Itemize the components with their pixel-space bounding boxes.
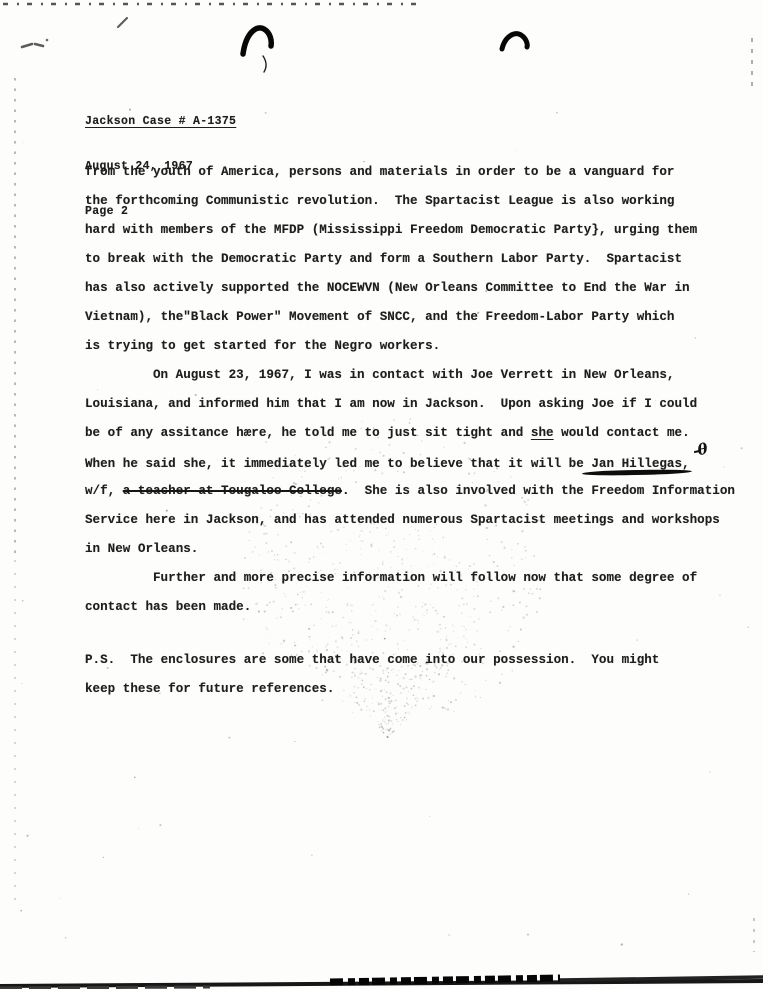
- text-line: be of any assitance hære, he told me to …: [85, 419, 757, 448]
- scan-speck: [429, 708, 430, 709]
- scan-speck: [388, 729, 389, 730]
- bottom-scan-edge: [0, 981, 763, 986]
- scan-speck: [383, 719, 384, 720]
- scan-speck: [366, 710, 367, 711]
- scan-speck: [429, 816, 430, 817]
- pen-tick: [118, 18, 127, 27]
- scan-speck: [381, 709, 382, 710]
- bottom-scan-edge-right: [560, 977, 763, 980]
- scanned-document-page: Jackson Case # A-1375 August 24, 1967 Pa…: [0, 0, 763, 989]
- scan-speck: [382, 728, 384, 730]
- scan-speck: [381, 726, 383, 728]
- scan-speck: [138, 828, 139, 829]
- scan-speck: [378, 724, 379, 725]
- scan-speck: [388, 719, 390, 721]
- scan-speck: [442, 706, 444, 708]
- scan-speck: [383, 728, 384, 729]
- scan-speck: [386, 735, 387, 736]
- scan-speck: [404, 705, 406, 707]
- scan-speck: [710, 772, 711, 773]
- scan-speck: [381, 726, 383, 728]
- scan-speck: [366, 706, 367, 707]
- text-line: On August 23, 1967, I was in contact wit…: [85, 361, 757, 390]
- scan-speck: [406, 719, 407, 720]
- text-segment: would contact me.: [554, 426, 690, 440]
- text-line: in New Orleans.: [85, 535, 757, 564]
- scan-speck: [527, 934, 529, 936]
- scan-speck: [380, 723, 382, 725]
- scan-speck: [389, 730, 391, 732]
- corner-smudge: [22, 44, 43, 47]
- scan-speck: [389, 705, 390, 706]
- bottom-cutoff-text-blur: [330, 978, 560, 982]
- document-body: from the youth of America, persons and m…: [85, 158, 757, 704]
- scan-speck: [387, 736, 389, 738]
- scan-speck: [395, 713, 397, 715]
- scan-speck: [360, 709, 362, 711]
- scan-speck: [384, 721, 386, 723]
- text-line: to break with the Democratic Party and f…: [85, 245, 757, 274]
- scan-speck: [385, 708, 387, 710]
- scan-speck: [392, 723, 393, 724]
- scan-speck: [387, 736, 389, 738]
- scan-speck: [384, 717, 385, 718]
- scan-speck: [390, 720, 392, 722]
- scan-speck: [409, 713, 410, 714]
- scan-speck: [159, 824, 161, 826]
- text-line: Further and more precise information wil…: [85, 564, 757, 593]
- scan-speck: [398, 712, 399, 713]
- scan-speck: [352, 712, 353, 713]
- text-line: has also actively supported the NOCEWVN …: [85, 274, 757, 303]
- scan-speck: [444, 707, 445, 708]
- text-segment: When he said she, it immediately led me …: [85, 457, 591, 471]
- scan-speck: [103, 857, 104, 858]
- scan-speck: [385, 729, 387, 731]
- scan-speck: [387, 710, 388, 711]
- underlined-word-she: she: [531, 426, 554, 440]
- scan-speck: [390, 728, 392, 730]
- scan-speck: [20, 910, 22, 912]
- scan-speck: [60, 898, 61, 899]
- scan-speck: [228, 737, 230, 739]
- scan-speck: [621, 943, 623, 945]
- scan-speck: [404, 717, 405, 718]
- staple-tail: [263, 56, 266, 72]
- text-line: Louisiana, and informed him that I am no…: [85, 390, 757, 419]
- text-line: When he said she, it immediately led me …: [85, 448, 757, 477]
- scan-speck: [431, 706, 432, 707]
- scan-speck: [445, 708, 446, 709]
- scan-speck: [370, 715, 371, 716]
- scan-speck: [556, 112, 558, 114]
- scan-speck: [415, 705, 417, 707]
- scan-speck: [453, 711, 454, 712]
- scan-speck: [311, 854, 312, 855]
- scan-speck: [388, 716, 390, 718]
- scan-speck: [407, 704, 409, 706]
- scan-speck: [396, 719, 397, 720]
- scan-speck: [515, 150, 516, 151]
- scan-speck: [294, 741, 295, 742]
- scan-speck: [21, 683, 22, 684]
- pen-underlined-name: Jan Hillegas,: [591, 450, 689, 479]
- case-number-line: Jackson Case # A-1375: [85, 114, 236, 129]
- scan-speck: [392, 731, 394, 733]
- struck-through-phrase: a teacher at Tougaloo College: [123, 484, 342, 498]
- scan-speck: [449, 934, 450, 935]
- scan-speck: [412, 706, 413, 707]
- scan-speck: [397, 721, 398, 722]
- text-line: the forthcoming Communistic revolution. …: [85, 187, 757, 216]
- text-line: w/f, a teacher at Tougaloo College. She …: [85, 477, 757, 506]
- scan-speck: [385, 712, 386, 713]
- scan-speck: [378, 721, 379, 722]
- scan-speck: [389, 734, 390, 735]
- staple-arc-right: [502, 34, 527, 49]
- text-segment: . She is also involved with the Freedom …: [342, 484, 735, 498]
- scan-speck: [386, 724, 387, 725]
- scan-speck: [392, 732, 393, 733]
- text-segment: w/f,: [85, 484, 123, 498]
- scan-speck: [379, 726, 381, 728]
- text-line: contact has been made.: [85, 593, 757, 622]
- scan-speck: [393, 730, 394, 731]
- scan-speck: [380, 724, 382, 726]
- scan-speck: [383, 709, 385, 711]
- scan-speck: [688, 893, 689, 894]
- text-line: is trying to get started for the Negro w…: [85, 332, 757, 361]
- scan-speck: [382, 721, 383, 722]
- scan-speck: [402, 719, 404, 721]
- scan-speck: [387, 728, 388, 729]
- text-line: Service here in Jackson, and has attende…: [85, 506, 757, 535]
- scan-speck: [388, 729, 390, 731]
- scan-speck: [383, 732, 385, 734]
- scan-speck: [387, 736, 389, 738]
- scan-speck: [404, 717, 406, 719]
- text-line: from the youth of America, persons and m…: [85, 158, 757, 187]
- scan-speck: [447, 708, 449, 710]
- scan-speck: [65, 937, 67, 939]
- scan-speck: [400, 724, 401, 725]
- scan-speck: [396, 707, 397, 708]
- scan-speck: [369, 709, 370, 710]
- scan-speck: [385, 719, 386, 720]
- scan-speck: [388, 706, 390, 708]
- scan-speck: [23, 142, 24, 143]
- scan-speck: [27, 835, 29, 837]
- postscript-line: P.S. The enclosures are some that have c…: [85, 646, 757, 675]
- scan-speck: [134, 776, 136, 778]
- text-segment: be of any assitance hære, he told me to …: [85, 426, 531, 440]
- scan-speck: [388, 723, 389, 724]
- postscript-line: keep these for future references.: [85, 675, 757, 704]
- scan-speck: [358, 704, 360, 706]
- scan-speck: [386, 715, 388, 717]
- scan-speck: [22, 600, 23, 601]
- text-line: hard with members of the MFDP (Mississip…: [85, 216, 757, 245]
- scan-speck: [400, 717, 402, 719]
- corner-speck: [46, 39, 49, 42]
- text-line: Vietnam), the"Black Power" Movement of S…: [85, 303, 757, 332]
- scan-speck: [387, 729, 389, 731]
- scan-speck: [388, 720, 390, 722]
- bottom-scan-edge-left: [0, 987, 210, 988]
- scan-speck: [387, 736, 389, 738]
- scan-speck: [405, 712, 407, 714]
- scan-speck: [411, 708, 412, 709]
- staple-arc-left: [243, 28, 271, 54]
- scan-speck: [393, 731, 395, 733]
- scan-speck: [381, 730, 382, 731]
- scan-speck: [383, 732, 385, 734]
- scan-speck: [407, 711, 409, 713]
- scan-speck: [265, 112, 267, 114]
- scan-speck: [373, 710, 375, 712]
- scan-speck: [394, 708, 396, 710]
